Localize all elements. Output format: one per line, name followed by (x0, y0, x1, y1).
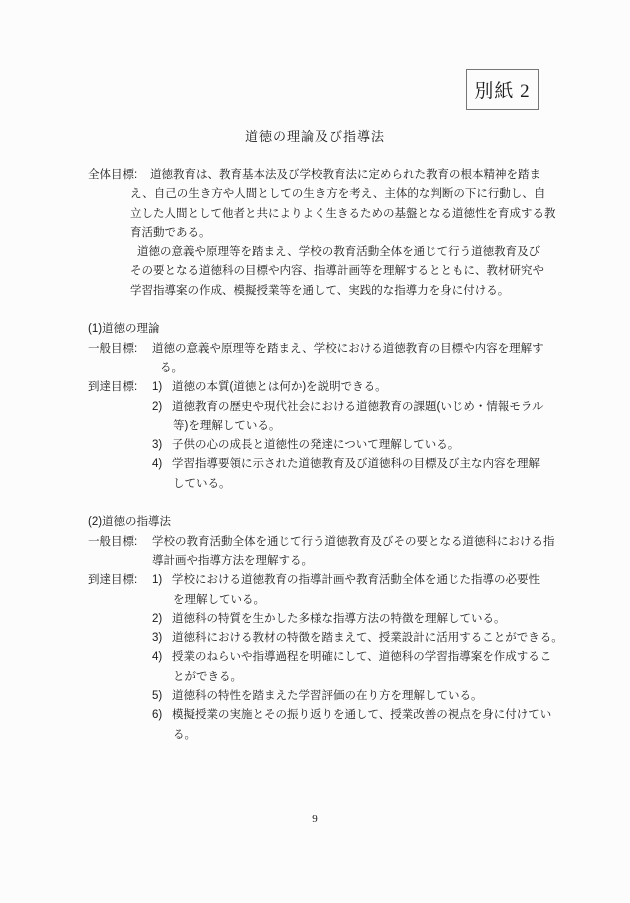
section1-item-row: 2)道徳教育の歴史や現代社会における道徳教育の課題(いじめ・情報モラル (88, 398, 590, 417)
item-text-line: 授業のねらいや指導過程を明確にして、道徳科の学習指導案を作成するこ (172, 651, 551, 663)
item-number: 3) (152, 436, 172, 455)
item-text-line: 道徳の本質(道徳とは何か)を説明できる。 (172, 381, 387, 393)
item-text-line: る。 (173, 729, 196, 741)
general-goal-text-line: る。 (160, 362, 183, 374)
text-line: え、自己の生き方や人間としての生き方を考え、主体的な判断の下に行動し、自 (130, 188, 545, 200)
overall-goal-text-line: 立した人間として他者と共によりよく生きるための基盤となる道徳性を育成する教 (88, 205, 590, 224)
attachment-label-box: 別紙 2 (466, 69, 539, 110)
attainment-goal-label: 到達目標: (88, 571, 152, 590)
section1-heading: (1)道徳の理論 (88, 320, 590, 339)
section2-item-row: 2)道徳科の特質を生かした多様な指導方法の特徴を理解している。 (88, 610, 590, 629)
overall-goal-text-line: その要となる道徳科の目標や内容、指導計画等を理解するとともに、教材研究や (88, 262, 590, 281)
overall-goal-text-line: え、自己の生き方や人間としての生き方を考え、主体的な判断の下に行動し、自 (88, 185, 590, 204)
text-line: 育活動である。 (130, 227, 211, 239)
overall-goal-row: 全体目標:道徳教育は、教育基本法及び学校教育法に定められた教育の根本精神を踏ま (88, 166, 590, 185)
section1-item-row: 3)子供の心の成長と道徳性の発達について理解している。 (88, 436, 590, 455)
section1-attainment-goal-row: 到達目標:1)道徳の本質(道徳とは何か)を説明できる。 (88, 378, 590, 397)
general-goal-text-line: 導計画や指導方法を理解する。 (152, 555, 313, 567)
section2-item-row: 4)授業のねらいや指導過程を明確にして、道徳科の学習指導案を作成するこ (88, 648, 590, 667)
item-number: 1) (152, 571, 172, 590)
overall-goal-text-line: 道徳の意義や原理等を踏まえ、学校の教育活動全体を通じて行う道徳教育及び (88, 243, 590, 262)
general-goal-text-line: 学校の教育活動全体を通じて行う道徳教育及びその要となる道徳科における指 (152, 536, 555, 548)
section2-attainment-goal-row: 到達目標:1)学校における道徳教育の指導計画や教育活動全体を通じた指導の必要性 (88, 571, 590, 590)
general-goal-label: 一般目標: (88, 340, 152, 359)
item-number: 6) (152, 706, 172, 725)
section2-general-goal-row: 一般目標:学校の教育活動全体を通じて行う道徳教育及びその要となる道徳科における指 (88, 533, 590, 552)
general-goal-text-line: 道徳の意義や原理等を踏まえ、学校における道徳教育の目標や内容を理解す (152, 343, 544, 355)
item-text-line: 学習指導要領に示された道徳教育及び道徳科の目標及び主な内容を理解 (172, 458, 540, 470)
page-number: 9 (0, 813, 630, 825)
overall-goal-text-line: 育活動である。 (88, 224, 590, 243)
section1-general-goal-row: る。 (88, 359, 590, 378)
section1-item-row: 4)学習指導要領に示された道徳教育及び道徳科の目標及び主な内容を理解 (88, 455, 590, 474)
item-number: 2) (152, 610, 172, 629)
text-line: 学習指導案の作成、模擬授業等を通して、実践的な指導力を身に付ける。 (130, 285, 509, 297)
item-number: 2) (152, 398, 172, 417)
item-number: 5) (152, 687, 172, 706)
overall-goal-text-line: 道徳教育は、教育基本法及び学校教育法に定められた教育の根本精神を踏ま (150, 169, 541, 181)
section1-item-row: している。 (88, 475, 590, 494)
overall-goal-label: 全体目標: (88, 166, 150, 185)
item-text-line: 学校における道徳教育の指導計画や教育活動全体を通じた指導の必要性 (172, 574, 540, 586)
attachment-label: 別紙 2 (474, 76, 530, 103)
general-goal-label: 一般目標: (88, 533, 152, 552)
item-text-line: とができる。 (173, 671, 242, 683)
section1-item-row: 等)を理解している。 (88, 417, 590, 436)
item-number: 1) (152, 378, 172, 397)
item-number: 4) (152, 648, 172, 667)
item-text-line: 道徳科における教材の特徴を踏まえて、授業設計に活用することができる。 (172, 632, 563, 644)
item-number: 3) (152, 629, 172, 648)
section1-general-goal-row: 一般目標:道徳の意義や原理等を踏まえ、学校における道徳教育の目標や内容を理解す (88, 340, 590, 359)
item-number: 4) (152, 455, 172, 474)
section2-item-row: 5)道徳科の特性を踏まえた学習評価の在り方を理解している。 (88, 687, 590, 706)
section2-item-row: 6)模擬授業の実施とその振り返りを通して、授業改善の視点を身に付けてい (88, 706, 590, 725)
item-text-line: 模擬授業の実施とその振り返りを通して、授業改善の視点を身に付けてい (172, 709, 551, 721)
section2-item-row: を理解している。 (88, 591, 590, 610)
item-text-line: 子供の心の成長と道徳性の発達について理解している。 (172, 439, 459, 451)
section2-item-row: とができる。 (88, 668, 590, 687)
document-body: 全体目標:道徳教育は、教育基本法及び学校教育法に定められた教育の根本精神を踏ま … (0, 166, 630, 745)
item-text-line: を理解している。 (173, 594, 265, 606)
item-text-line: 等)を理解している。 (173, 420, 280, 432)
item-text-line: 道徳科の特質を生かした多様な指導方法の特徴を理解している。 (172, 613, 506, 625)
section2-general-goal-row: 導計画や指導方法を理解する。 (88, 552, 590, 571)
item-text-line: 道徳科の特性を踏まえた学習評価の在り方を理解している。 (172, 690, 483, 702)
attainment-goal-label: 到達目標: (88, 378, 152, 397)
overall-goal-text-line: 学習指導案の作成、模擬授業等を通して、実践的な指導力を身に付ける。 (88, 282, 590, 301)
document-page: 別紙 2 道徳の理論及び指導法 全体目標:道徳教育は、教育基本法及び学校教育法に… (0, 0, 630, 903)
section2-item-row: 3)道徳科における教材の特徴を踏まえて、授業設計に活用することができる。 (88, 629, 590, 648)
section2-item-row: る。 (88, 726, 590, 745)
item-text-line: 道徳教育の歴史や現代社会における道徳教育の課題(いじめ・情報モラル (172, 401, 543, 413)
section2-heading: (2)道徳の指導法 (88, 513, 590, 532)
item-text-line: している。 (173, 478, 231, 490)
text-line: 立した人間として他者と共によりよく生きるための基盤となる道徳性を育成する教 (130, 208, 556, 220)
text-line: その要となる道徳科の目標や内容、指導計画等を理解するとともに、教材研究や (130, 265, 544, 277)
text-line: 道徳の意義や原理等を踏まえ、学校の教育活動全体を通じて行う道徳教育及び (137, 246, 540, 258)
